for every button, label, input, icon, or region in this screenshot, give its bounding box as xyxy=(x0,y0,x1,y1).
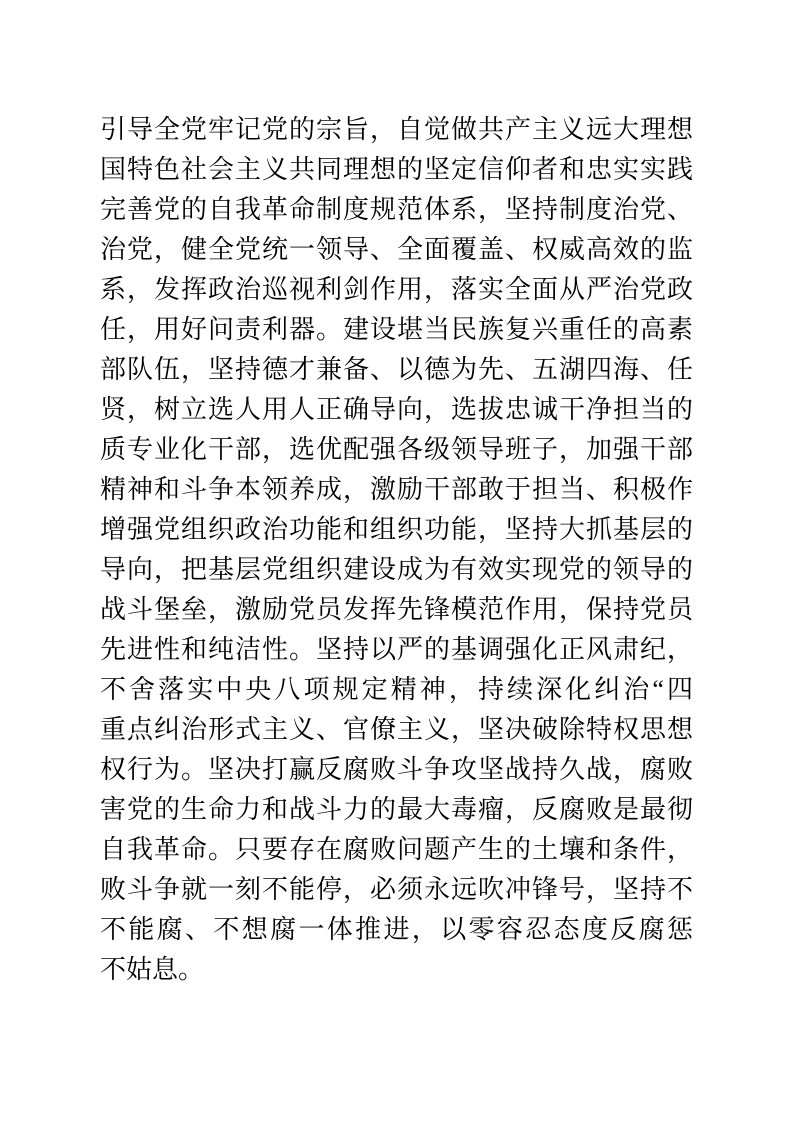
text-line: 部队伍，坚持德才兼备、以德为先、五湖四海、任人唯 xyxy=(100,350,693,390)
text-line: 先进性和纯洁性。坚持以严的基调强化正风肃纪，锲而 xyxy=(100,630,693,670)
text-line: 治党，健全党统一领导、全面覆盖、权威高效的监督体 xyxy=(100,230,693,270)
document-page: 引导全党牢记党的宗旨，自觉做共产主义远大理想和中 国特色社会主义共同理想的坚定信… xyxy=(0,0,793,1122)
text-line: 系，发挥政治巡视利剑作用，落实全面从严治党政治责 xyxy=(100,270,693,310)
text-line: 质专业化干部，选优配强各级领导班子，加强干部斗争 xyxy=(100,430,693,470)
text-line: 不姑息。 xyxy=(100,950,693,990)
text-line: 败斗争就一刻不能停，必须永远吹冲锋号，坚持不敢腐、 xyxy=(100,870,693,910)
text-line: 导向，把基层党组织建设成为有效实现党的领导的坚强 xyxy=(100,550,693,590)
text-line: 引导全党牢记党的宗旨，自觉做共产主义远大理想和中 xyxy=(100,110,693,150)
body-text: 引导全党牢记党的宗旨，自觉做共产主义远大理想和中 国特色社会主义共同理想的坚定信… xyxy=(100,110,693,990)
text-line: 权行为。坚决打赢反腐败斗争攻坚战持久战，腐败是危 xyxy=(100,750,693,790)
text-line: 害党的生命力和战斗力的最大毒瘤，反腐败是最彻底的 xyxy=(100,790,693,830)
text-line: 国特色社会主义共同理想的坚定信仰者和忠实实践者。 xyxy=(100,150,693,190)
text-line: 精神和斗争本领养成，激励干部敢于担当、积极作为。 xyxy=(100,470,693,510)
text-line: 不能腐、不想腐一体推进，以零容忍态度反腐惩恶，决 xyxy=(100,910,693,950)
text-line: 完善党的自我革命制度规范体系，坚持制度治党、依规 xyxy=(100,190,693,230)
text-line: 不舍落实中央八项规定精神，持续深化纠治“四风”， xyxy=(100,670,693,710)
text-line: 贤，树立选人用人正确导向，选拔忠诚干净担当的高素 xyxy=(100,390,693,430)
text-line: 战斗堡垒，激励党员发挥先锋模范作用，保持党员队伍 xyxy=(100,590,693,630)
text-line: 自我革命。只要存在腐败问题产生的土壤和条件，反腐 xyxy=(100,830,693,870)
text-line: 任，用好问责利器。建设堪当民族复兴重任的高素质干 xyxy=(100,310,693,350)
text-line: 增强党组织政治功能和组织功能，坚持大抓基层的鲜明 xyxy=(100,510,693,550)
text-line: 重点纠治形式主义、官僚主义，坚决破除特权思想和特 xyxy=(100,710,693,750)
